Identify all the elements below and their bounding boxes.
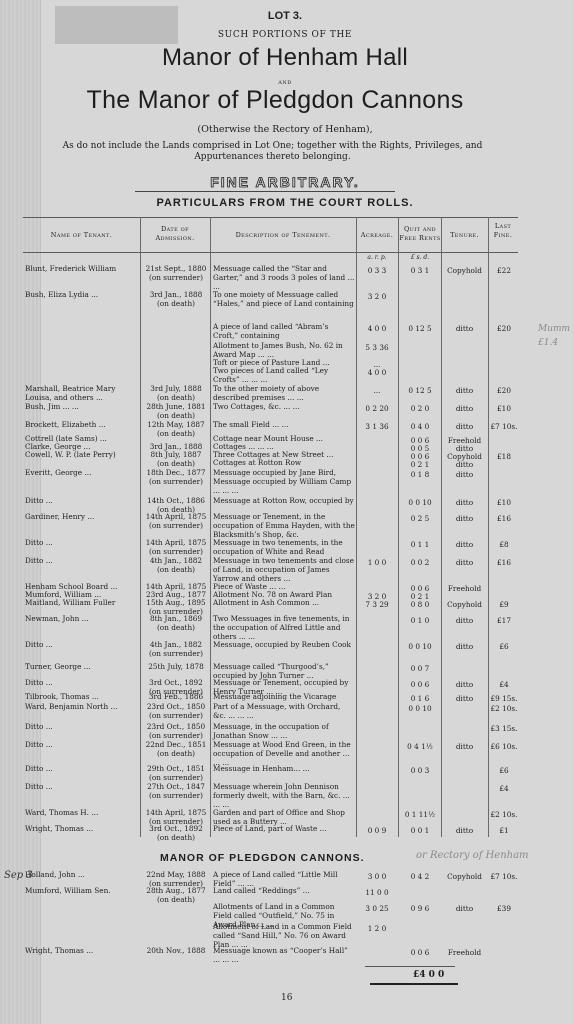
- quit-rent-value: 0 4 1½: [399, 742, 441, 751]
- acreage-value: 4 0 0: [356, 368, 398, 377]
- tenement-description: Messuage adjoining the Vicarage: [213, 692, 355, 701]
- title-pledgdon-cannons: The Manor of Pledgdon Cannons: [20, 86, 530, 115]
- admission-date: 14th April, 1875: [140, 538, 212, 547]
- tenure-value: ditto: [441, 460, 488, 469]
- admission-date: 21st Sept., 1880: [140, 264, 212, 273]
- quit-rent-value: 0 0 1: [399, 826, 441, 835]
- admission-date: 20th Nov., 1888: [140, 946, 212, 955]
- admission-type: (on surrender): [140, 791, 212, 800]
- tenant-name: Bush, Jim ... ...: [25, 402, 137, 411]
- quit-rent-value: 0 0 10: [399, 642, 441, 651]
- tenement-description: Land called “Reddings” ...: [213, 886, 355, 895]
- tenement-description: Two pieces of Land called “Ley Crofts” .…: [213, 366, 355, 384]
- subtitle-rectory: (Otherwise the Rectory of Henham),: [40, 124, 530, 135]
- admission-date: 3rd July, 1888: [140, 384, 212, 393]
- last-fine-value: £9 15s.: [489, 694, 519, 703]
- quit-rent-value: 0 0 6: [399, 948, 441, 957]
- quit-rent-value: 0 1 11½: [399, 810, 441, 819]
- last-fine-value: £2 10s.: [489, 810, 519, 819]
- tenure-value: ditto: [441, 742, 488, 751]
- tenement-description: Messuage in two tenements and close of L…: [213, 556, 355, 583]
- admission-date: 3rd Feb., 1886: [140, 692, 212, 701]
- admission-type: (on surrender): [140, 731, 212, 740]
- particulars-heading: PARTICULARS FROM THE COURT ROLLS.: [40, 197, 530, 209]
- quit-rent-value: 0 0 10: [399, 498, 441, 507]
- tenant-name: Newman, John ...: [25, 614, 137, 623]
- acreage-value: 7 3 29: [356, 600, 398, 609]
- admission-date: 4th Jan., 1882: [140, 556, 212, 565]
- admission-type: (on death): [140, 299, 212, 308]
- tenement-description: Allotment in Ash Common ...: [213, 598, 355, 607]
- last-fine-value: £1: [489, 826, 519, 835]
- acreage-value: 11 0 0: [356, 888, 398, 897]
- admission-type: (on death): [140, 749, 212, 758]
- last-fine-value: £8: [489, 540, 519, 549]
- header-name: Name of Tenant.: [23, 231, 140, 240]
- quit-rent-value: 0 2 0: [399, 404, 441, 413]
- tenement-description: Messuage at Rotton Row, occupied by: [213, 496, 355, 505]
- acreage-value: 0 0 9: [356, 826, 398, 835]
- tenure-value: ditto: [441, 904, 488, 913]
- acreage-value: 3 2 0: [356, 292, 398, 301]
- quit-rent-value: 0 0 7: [399, 664, 441, 673]
- last-fine-value: £6 10s.: [489, 742, 519, 751]
- admission-date: 3rd Oct., 1892: [140, 678, 212, 687]
- tenure-value: Copyhold: [441, 600, 488, 609]
- admission-type: (on death): [140, 459, 212, 468]
- tenure-value: ditto: [441, 680, 488, 689]
- admission-date: 3rd Jan., 1888: [140, 290, 212, 299]
- admission-date: 27th Oct., 1847: [140, 782, 212, 791]
- tenant-name: Tilbrook, Thomas ...: [25, 692, 137, 701]
- admission-date: 4th Jan., 1882: [140, 640, 212, 649]
- tenant-name: Ditto ...: [25, 538, 137, 547]
- tenure-value: Freehold: [441, 584, 488, 593]
- tenant-name: Ditto ...: [25, 640, 137, 649]
- quit-rent-value: 0 2 5: [399, 514, 441, 523]
- table-top-rule: [23, 217, 518, 218]
- tenant-name: Wright, Thomas ...: [25, 824, 137, 833]
- last-fine-value: £20: [489, 324, 519, 333]
- quit-rent-value: 0 4 2: [399, 872, 441, 881]
- tenement-description: Messuage wherein John Dennison formerly …: [213, 782, 355, 809]
- header-tenure: Tenure.: [441, 231, 488, 240]
- acreage-value: 4 0 0: [356, 324, 398, 333]
- page-number: 16: [281, 993, 292, 1003]
- tenure-value: ditto: [441, 324, 488, 333]
- last-fine-value: £20: [489, 386, 519, 395]
- quit-rent-value: 0 0 6: [399, 680, 441, 689]
- admission-type: (on surrender): [140, 521, 212, 530]
- tenement-description: To one moiety of Messuage called “Hales,…: [213, 290, 355, 308]
- quit-rent-value: 0 2 1: [399, 460, 441, 469]
- header-date: Date of Admission.: [150, 225, 200, 243]
- handwritten-fine-note: Mumm £1.4: [538, 322, 573, 350]
- last-fine-value: £7 10s.: [489, 872, 519, 881]
- header-acreage: Acreage.: [356, 231, 398, 240]
- tenant-name: Gardiner, Henry ...: [25, 512, 137, 521]
- tenement-description: Messuage in Henham... ...: [213, 764, 355, 773]
- rent-units: £ s. d.: [399, 254, 441, 261]
- admission-type: (on surrender): [140, 649, 212, 658]
- last-fine-value: £16: [489, 558, 519, 567]
- admission-type: (on surrender): [140, 547, 212, 556]
- tenure-value: ditto: [441, 694, 488, 703]
- admission-date: 14th Oct., 1886: [140, 496, 212, 505]
- admission-type: (on death): [140, 411, 212, 420]
- col-divider: [356, 217, 357, 837]
- tenement-description: Allotment to James Bush, No. 62 in Award…: [213, 341, 355, 359]
- tenement-description: Two Cottages, &c. ... ...: [213, 402, 355, 411]
- quit-rent-value: 0 0 2: [399, 558, 441, 567]
- admission-type: (on surrender): [140, 711, 212, 720]
- admission-type: (on death): [140, 565, 212, 574]
- tenant-name: Everitt, George ...: [25, 468, 137, 477]
- tenure-value: ditto: [441, 616, 488, 625]
- tenure-value: ditto: [441, 642, 488, 651]
- tenant-name: Ditto ...: [25, 740, 137, 749]
- last-fine-value: £7 10s.: [489, 422, 519, 431]
- quit-rent-value: 0 12 5: [399, 386, 441, 395]
- admission-date: 8th Jan., 1869: [140, 614, 212, 623]
- admission-type: (on death): [140, 429, 212, 438]
- last-fine-value: £39: [489, 904, 519, 913]
- acreage-value: ...: [356, 386, 398, 395]
- acreage-value: 1 2 0: [356, 924, 398, 933]
- quit-rent-value: 0 12 5: [399, 324, 441, 333]
- fine-arbitrary-heading: FINE ARBITRARY.: [40, 174, 530, 190]
- tenant-name: Bush, Eliza Lydia ...: [25, 290, 137, 299]
- section-pledgdon-heading: MANOR OF PLEDGDON CANNONS.: [160, 852, 365, 864]
- tenure-value: Copyhold: [441, 266, 488, 275]
- admission-date: 28th June, 1881: [140, 402, 212, 411]
- tenement-description: Messuage or Tenement, in the occupation …: [213, 512, 355, 539]
- last-fine-value: £17: [489, 616, 519, 625]
- tenant-name: Ward, Benjamin North ...: [25, 702, 137, 711]
- fine-arbitrary-underline: [135, 191, 395, 192]
- admission-date: 12th May, 1887: [140, 420, 212, 429]
- admission-date: 29th Oct., 1851: [140, 764, 212, 773]
- tenure-value: ditto: [441, 404, 488, 413]
- tenement-description: Two Messuages in five tenements, in the …: [213, 614, 355, 641]
- tenement-description: Cottages at Rotton Row: [213, 458, 355, 467]
- last-fine-value: £4: [489, 680, 519, 689]
- tenement-description: Messuage, in the occupation of Jonathan …: [213, 722, 355, 740]
- tenement-description: Messuage in two tenements, in the occupa…: [213, 538, 355, 556]
- acreage-units: a. r. p.: [356, 254, 398, 261]
- admission-date: 25th July, 1878: [140, 662, 212, 671]
- admission-type: (on surrender): [140, 773, 212, 782]
- header-description: Description of Tenement.: [210, 231, 356, 240]
- admission-date: 23rd Oct., 1850: [140, 702, 212, 711]
- admission-date: 14th April, 1875: [140, 808, 212, 817]
- tenant-name: Holland, John ...: [25, 870, 137, 879]
- tenement-description: Piece of Land, part of Waste ...: [213, 824, 355, 833]
- last-fine-value: £16: [489, 514, 519, 523]
- tenant-name: Turner, George ...: [25, 662, 137, 671]
- quit-rent-value: 0 1 0: [399, 616, 441, 625]
- acreage-value: 3 0 25: [356, 904, 398, 913]
- admission-date: 23rd Oct., 1850: [140, 722, 212, 731]
- tenant-name: Ditto ...: [25, 782, 137, 791]
- admission-date: 22nd Dec., 1851: [140, 740, 212, 749]
- header-bottom-rule: [23, 252, 518, 253]
- quit-rent-value: 0 3 1: [399, 266, 441, 275]
- tenure-value: ditto: [441, 540, 488, 549]
- admission-date: 22nd May, 1888: [140, 870, 212, 879]
- acreage-value: 3 1 36: [356, 422, 398, 431]
- total-rents: £4 0 0: [413, 970, 444, 980]
- last-fine-value: £10: [489, 404, 519, 413]
- acreage-value: 5 3 36: [356, 343, 398, 352]
- acreage-value: 0 3 3: [356, 266, 398, 275]
- last-fine-value: £6: [489, 766, 519, 775]
- tenant-name: Ward, Thomas H. ...: [25, 808, 137, 817]
- last-fine-value: £3 15s.: [489, 724, 519, 733]
- tenement-description: Messuage occupied by Jane Bird, Messuage…: [213, 468, 355, 495]
- tenant-name: Wright, Thomas ...: [25, 946, 137, 955]
- tenant-name: Ditto ...: [25, 722, 137, 731]
- last-fine-value: £6: [489, 642, 519, 651]
- quit-rent-value: 0 0 3: [399, 766, 441, 775]
- admission-date: 8th July, 1887: [140, 450, 212, 459]
- tenement-description: Messuage known as “Cooper’s Hall” ... ..…: [213, 946, 355, 964]
- admission-date: 28th Aug., 1877: [140, 886, 212, 895]
- acreage-value: 3 0 0: [356, 872, 398, 881]
- tenure-value: ditto: [441, 422, 488, 431]
- tenant-name: Ditto ...: [25, 678, 137, 687]
- last-fine-value: £22: [489, 266, 519, 275]
- admission-type: (on death): [140, 393, 212, 402]
- acreage-value: 1 0 0: [356, 558, 398, 567]
- last-fine-value: £10: [489, 498, 519, 507]
- tenure-value: ditto: [441, 826, 488, 835]
- tenement-description: Messuage, occupied by Reuben Cook: [213, 640, 355, 649]
- tenant-name: Ditto ...: [25, 496, 137, 505]
- quit-rent-value: 0 1 1: [399, 540, 441, 549]
- tenure-value: Freehold: [441, 948, 488, 957]
- admission-date: 18th Dec., 1877: [140, 468, 212, 477]
- header-rents: Quit and Free Rents: [399, 225, 441, 243]
- admission-date: 15th Aug., 1895: [140, 598, 212, 607]
- document-page: LOT 3. SUCH PORTIONS OF THE Manor of Hen…: [0, 0, 573, 1024]
- quit-rent-value: 0 9 6: [399, 904, 441, 913]
- tenure-value: ditto: [441, 514, 488, 523]
- quit-rent-value: 0 1 8: [399, 470, 441, 479]
- tenure-value: ditto: [441, 498, 488, 507]
- tenement-description: A piece of land called “Abram’s Croft,” …: [213, 322, 355, 340]
- tenement-description: To the other moiety of above described p…: [213, 384, 355, 402]
- lands-clause: As do not include the Lands comprised in…: [35, 141, 510, 163]
- total-double-rule: [370, 983, 458, 985]
- tenant-name: Brockett, Elizabeth ...: [25, 420, 137, 429]
- admission-type: (on death): [140, 833, 212, 842]
- tenant-name: Maitland, William Fuller: [25, 598, 137, 607]
- acreage-value: 0 2 20: [356, 404, 398, 413]
- total-top-rule: [365, 966, 455, 967]
- title-henham-hall: Manor of Henham Hall: [40, 44, 530, 72]
- tenement-description: The small Field ... ...: [213, 420, 355, 429]
- tenement-description: Messuage called the “Star and Garter,” a…: [213, 264, 355, 291]
- quit-rent-value: 0 0 10: [399, 704, 441, 713]
- tenure-value: ditto: [441, 558, 488, 567]
- last-fine-value: £9: [489, 600, 519, 609]
- tenant-name: Blunt, Frederick William: [25, 264, 137, 273]
- quit-rent-value: 0 1 6: [399, 694, 441, 703]
- admission-type: (on surrender): [140, 477, 212, 486]
- tenure-value: ditto: [441, 470, 488, 479]
- tenant-name: Mumford, William Sen.: [25, 886, 137, 895]
- tenement-description: Part of a Messuage, with Orchard, &c. ..…: [213, 702, 355, 720]
- admission-type: (on death): [140, 895, 212, 904]
- last-fine-value: £4: [489, 784, 519, 793]
- tenant-name: Ditto ...: [25, 764, 137, 773]
- admission-date: 14th April, 1875: [140, 512, 212, 521]
- such-portions-line: SUCH PORTIONS OF THE: [40, 30, 530, 40]
- last-fine-value: £2 10s.: [489, 704, 519, 713]
- quit-rent-value: 0 4 0: [399, 422, 441, 431]
- tenant-name: Marshall, Beatrice Mary Louisa, and othe…: [25, 384, 137, 402]
- tenure-value: ditto: [441, 386, 488, 395]
- tenant-name: Ditto ...: [25, 556, 137, 565]
- admission-type: (on surrender): [140, 273, 212, 282]
- header-last-fine: Last Fine.: [489, 222, 517, 240]
- admission-date: 3rd Oct., 1892: [140, 824, 212, 833]
- lot-number: LOT 3.: [40, 10, 530, 22]
- last-fine-value: £18: [489, 452, 519, 461]
- admission-type: (on death): [140, 623, 212, 632]
- quit-rent-value: 0 8 0: [399, 600, 441, 609]
- handwritten-rectory-note: or Rectory of Henham: [416, 850, 529, 861]
- tenant-name: Cowell, W. P. (late Perry): [25, 450, 137, 459]
- tenement-description: Allotment of Land in a Common Field call…: [213, 922, 355, 949]
- tenement-description: Messuage at Wood End Green, in the occup…: [213, 740, 355, 767]
- tenure-value: Copyhold: [441, 872, 488, 881]
